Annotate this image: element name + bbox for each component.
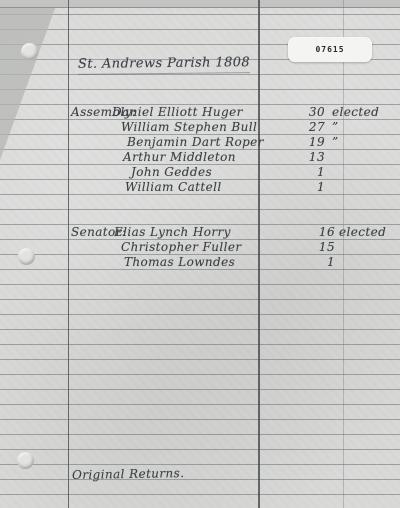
vote-count: 30 [293,104,325,120]
result-note: elected [339,224,386,240]
record-row: Thomas Lowndes 1 [0,254,400,270]
record-row: William Stephen Bull 27 ” [0,119,400,135]
scanned-document: 07615 St. Andrews Parish 1808 Assembly: … [0,0,400,508]
vote-count: 13 [293,149,325,165]
ditto-mark: ” [332,119,339,135]
vote-count: 15 [305,239,335,255]
page-top-edge [0,0,400,8]
record-row: Benjamin Dart Roper 19 ” [0,134,400,150]
hole-punch-top [21,43,38,60]
vote-count: 27 [293,119,325,135]
candidate-name: Christopher Fuller [121,239,242,255]
record-row: William Cattell 1 [0,179,400,195]
candidate-name: Elias Lynch Horry [114,224,231,240]
result-note: elected [332,104,379,120]
hole-punch-bottom [17,452,34,469]
archive-label: 07615 [288,37,372,62]
candidate-name: William Cattell [125,179,222,195]
ditto-mark: ” [332,134,339,150]
record-row: Arthur Middleton 13 [0,149,400,165]
vote-count: 1 [293,179,325,195]
record-row: Assembly: Daniel Elliott Huger 30 electe… [0,104,400,120]
record-row: Christopher Fuller 15 [0,239,400,255]
candidate-name: John Geddes [131,164,212,180]
vote-count: 19 [293,134,325,150]
vote-count: 16 [305,224,335,240]
candidate-name: William Stephen Bull [121,119,257,135]
vote-count: 1 [293,164,325,180]
archive-label-number: 07615 [315,45,344,54]
record-row: Senator: Elias Lynch Horry 16 elected [0,224,400,240]
document-title: St. Andrews Parish 1808 [78,55,250,75]
candidate-name: Benjamin Dart Roper [127,134,264,150]
candidate-name: Thomas Lowndes [124,254,235,270]
footer-note: Original Returns. [72,465,185,483]
vote-count: 1 [305,254,335,270]
candidate-name: Daniel Elliott Huger [112,104,243,120]
candidate-name: Arthur Middleton [123,149,236,165]
record-row: John Geddes 1 [0,164,400,180]
